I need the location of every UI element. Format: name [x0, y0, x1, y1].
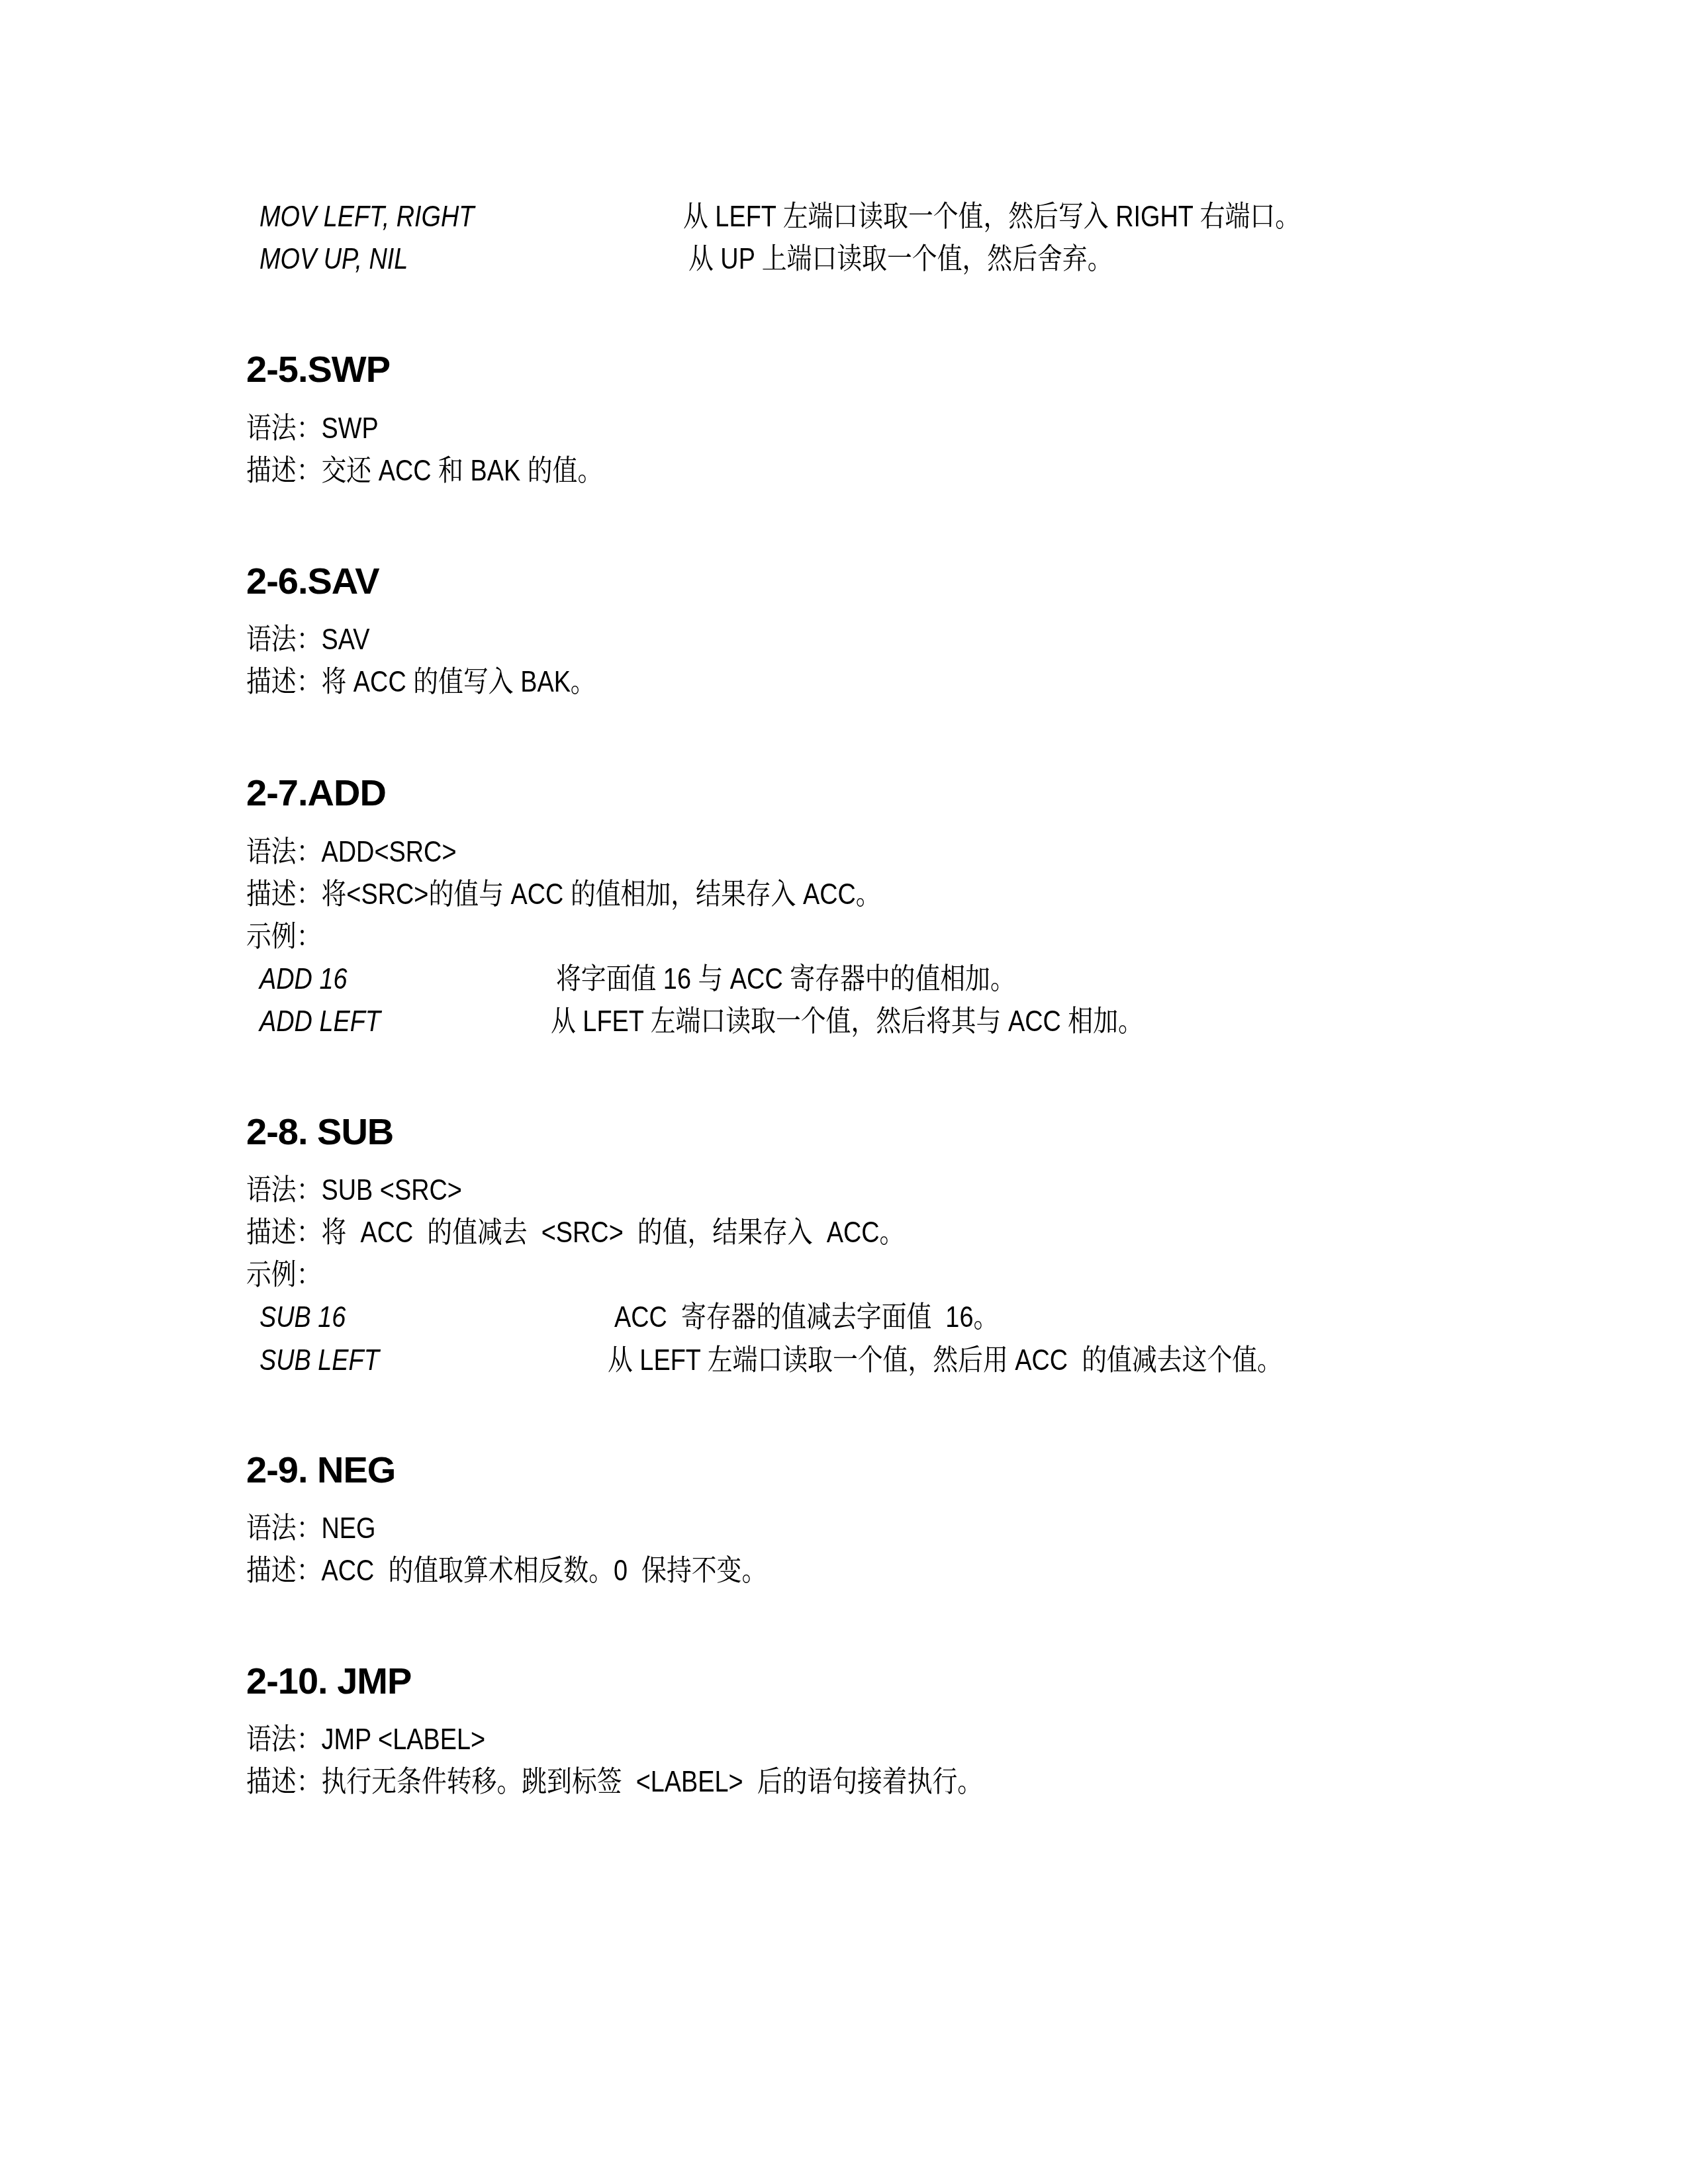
- example-description-text: 从 UP 上端口读取一个值，然后舍弃。: [688, 245, 1113, 274]
- section-heading-jmp: 2-10. JMP: [246, 1662, 411, 1700]
- example-code-text: SUB 16: [259, 1303, 346, 1332]
- syntax-line: 语法：SWP: [246, 414, 400, 443]
- syntax-text: 语法：JMP <LABEL>: [246, 1725, 485, 1754]
- example-description-text: ACC 寄存器的值减去字面值 16。: [614, 1303, 998, 1332]
- syntax-text: 语法：SAV: [246, 625, 369, 655]
- syntax-text: 语法：SWP: [246, 414, 379, 443]
- example-description: 从 LFET 左端口读取一个值，然后将其与 ACC 相加。: [551, 1007, 1240, 1036]
- description-text: 描述：将<SRC>的值与 ACC 的值相加，结果存入 ACC。: [246, 880, 881, 909]
- description-line: 描述：ACC 的值取算术相反数。0 保持不变。: [246, 1557, 851, 1586]
- section-heading-sub: 2-8. SUB: [246, 1113, 393, 1150]
- description-text: 描述：将 ACC 的值减去 <SRC> 的值，结果存入 ACC。: [246, 1218, 904, 1248]
- description-line: 描述：交还 ACC 和 BAK 的值。: [246, 457, 661, 486]
- description-text: 描述：执行无条件转移。跳到标签 <LABEL> 后的语句接着执行。: [246, 1768, 982, 1797]
- example-description: 将字面值 16 与 ACC 寄存器中的值相加。: [556, 965, 1090, 994]
- syntax-line: 语法：SUB <SRC>: [246, 1176, 497, 1205]
- section-heading-neg: 2-9. NEG: [246, 1451, 395, 1488]
- syntax-text: 语法：SUB <SRC>: [246, 1176, 462, 1205]
- description-line: 描述：将 ACC 的值减去 <SRC> 的值，结果存入 ACC。: [246, 1218, 1011, 1248]
- description-text: 描述：将 ACC 的值写入 BAK。: [246, 668, 596, 697]
- syntax-text: 语法：NEG: [246, 1514, 376, 1543]
- example-code: ADD LEFT: [259, 1007, 400, 1036]
- section-heading-add: 2-7.ADD: [246, 774, 386, 811]
- section-heading-swp: 2-5.SWP: [246, 351, 390, 388]
- examples-label-text: 示例：: [246, 923, 322, 952]
- example-code: MOV LEFT, RIGHT: [259, 203, 509, 232]
- description-line: 描述：将 ACC 的值写入 BAK。: [246, 668, 653, 697]
- description-line: 描述：将<SRC>的值与 ACC 的值相加，结果存入 ACC。: [246, 880, 984, 909]
- section-heading-sav: 2-6.SAV: [246, 563, 379, 600]
- syntax-line: 语法：ADD<SRC>: [246, 838, 491, 867]
- example-code-text: MOV UP, NIL: [259, 245, 408, 274]
- examples-label: 示例：: [246, 923, 334, 952]
- examples-label: 示例：: [246, 1261, 334, 1290]
- syntax-line: 语法：JMP <LABEL>: [246, 1725, 524, 1754]
- examples-label-text: 示例：: [246, 1261, 322, 1290]
- example-code-text: MOV LEFT, RIGHT: [259, 203, 474, 232]
- example-description-text: 将字面值 16 与 ACC 寄存器中的值相加。: [556, 965, 1015, 994]
- example-description: 从 UP 上端口读取一个值，然后舍弃。: [688, 245, 1182, 274]
- example-description-text: 从 LFET 左端口读取一个值，然后将其与 ACC 相加。: [551, 1007, 1143, 1036]
- description-line: 描述：执行无条件转移。跳到标签 <LABEL> 后的语句接着执行。: [246, 1768, 1102, 1797]
- description-text: 描述：交还 ACC 和 BAK 的值。: [246, 457, 602, 486]
- example-description-text: 从 LEFT 左端口读取一个值，然后用 ACC 的值减去这个值。: [608, 1346, 1282, 1375]
- syntax-line: 语法：SAV: [246, 625, 390, 655]
- example-code: SUB 16: [259, 1303, 360, 1332]
- example-code-text: ADD LEFT: [259, 1007, 381, 1036]
- description-text: 描述：ACC 的值取算术相反数。0 保持不变。: [246, 1557, 767, 1586]
- example-description: 从 LEFT 左端口读取一个值，然后用 ACC 的值减去这个值。: [608, 1346, 1392, 1375]
- example-code: SUB LEFT: [259, 1346, 399, 1375]
- example-description-text: 从 LEFT 左端口读取一个值，然后写入 RIGHT 右端口。: [683, 203, 1300, 232]
- syntax-text: 语法：ADD<SRC>: [246, 838, 457, 867]
- example-description: 从 LEFT 左端口读取一个值，然后写入 RIGHT 右端口。: [683, 203, 1401, 232]
- syntax-line: 语法：NEG: [246, 1514, 397, 1543]
- example-description: ACC 寄存器的值减去字面值 16。: [614, 1303, 1061, 1332]
- example-code: MOV UP, NIL: [259, 245, 432, 274]
- example-code-text: ADD 16: [259, 965, 348, 994]
- example-code-text: SUB LEFT: [259, 1346, 379, 1375]
- example-code: ADD 16: [259, 965, 361, 994]
